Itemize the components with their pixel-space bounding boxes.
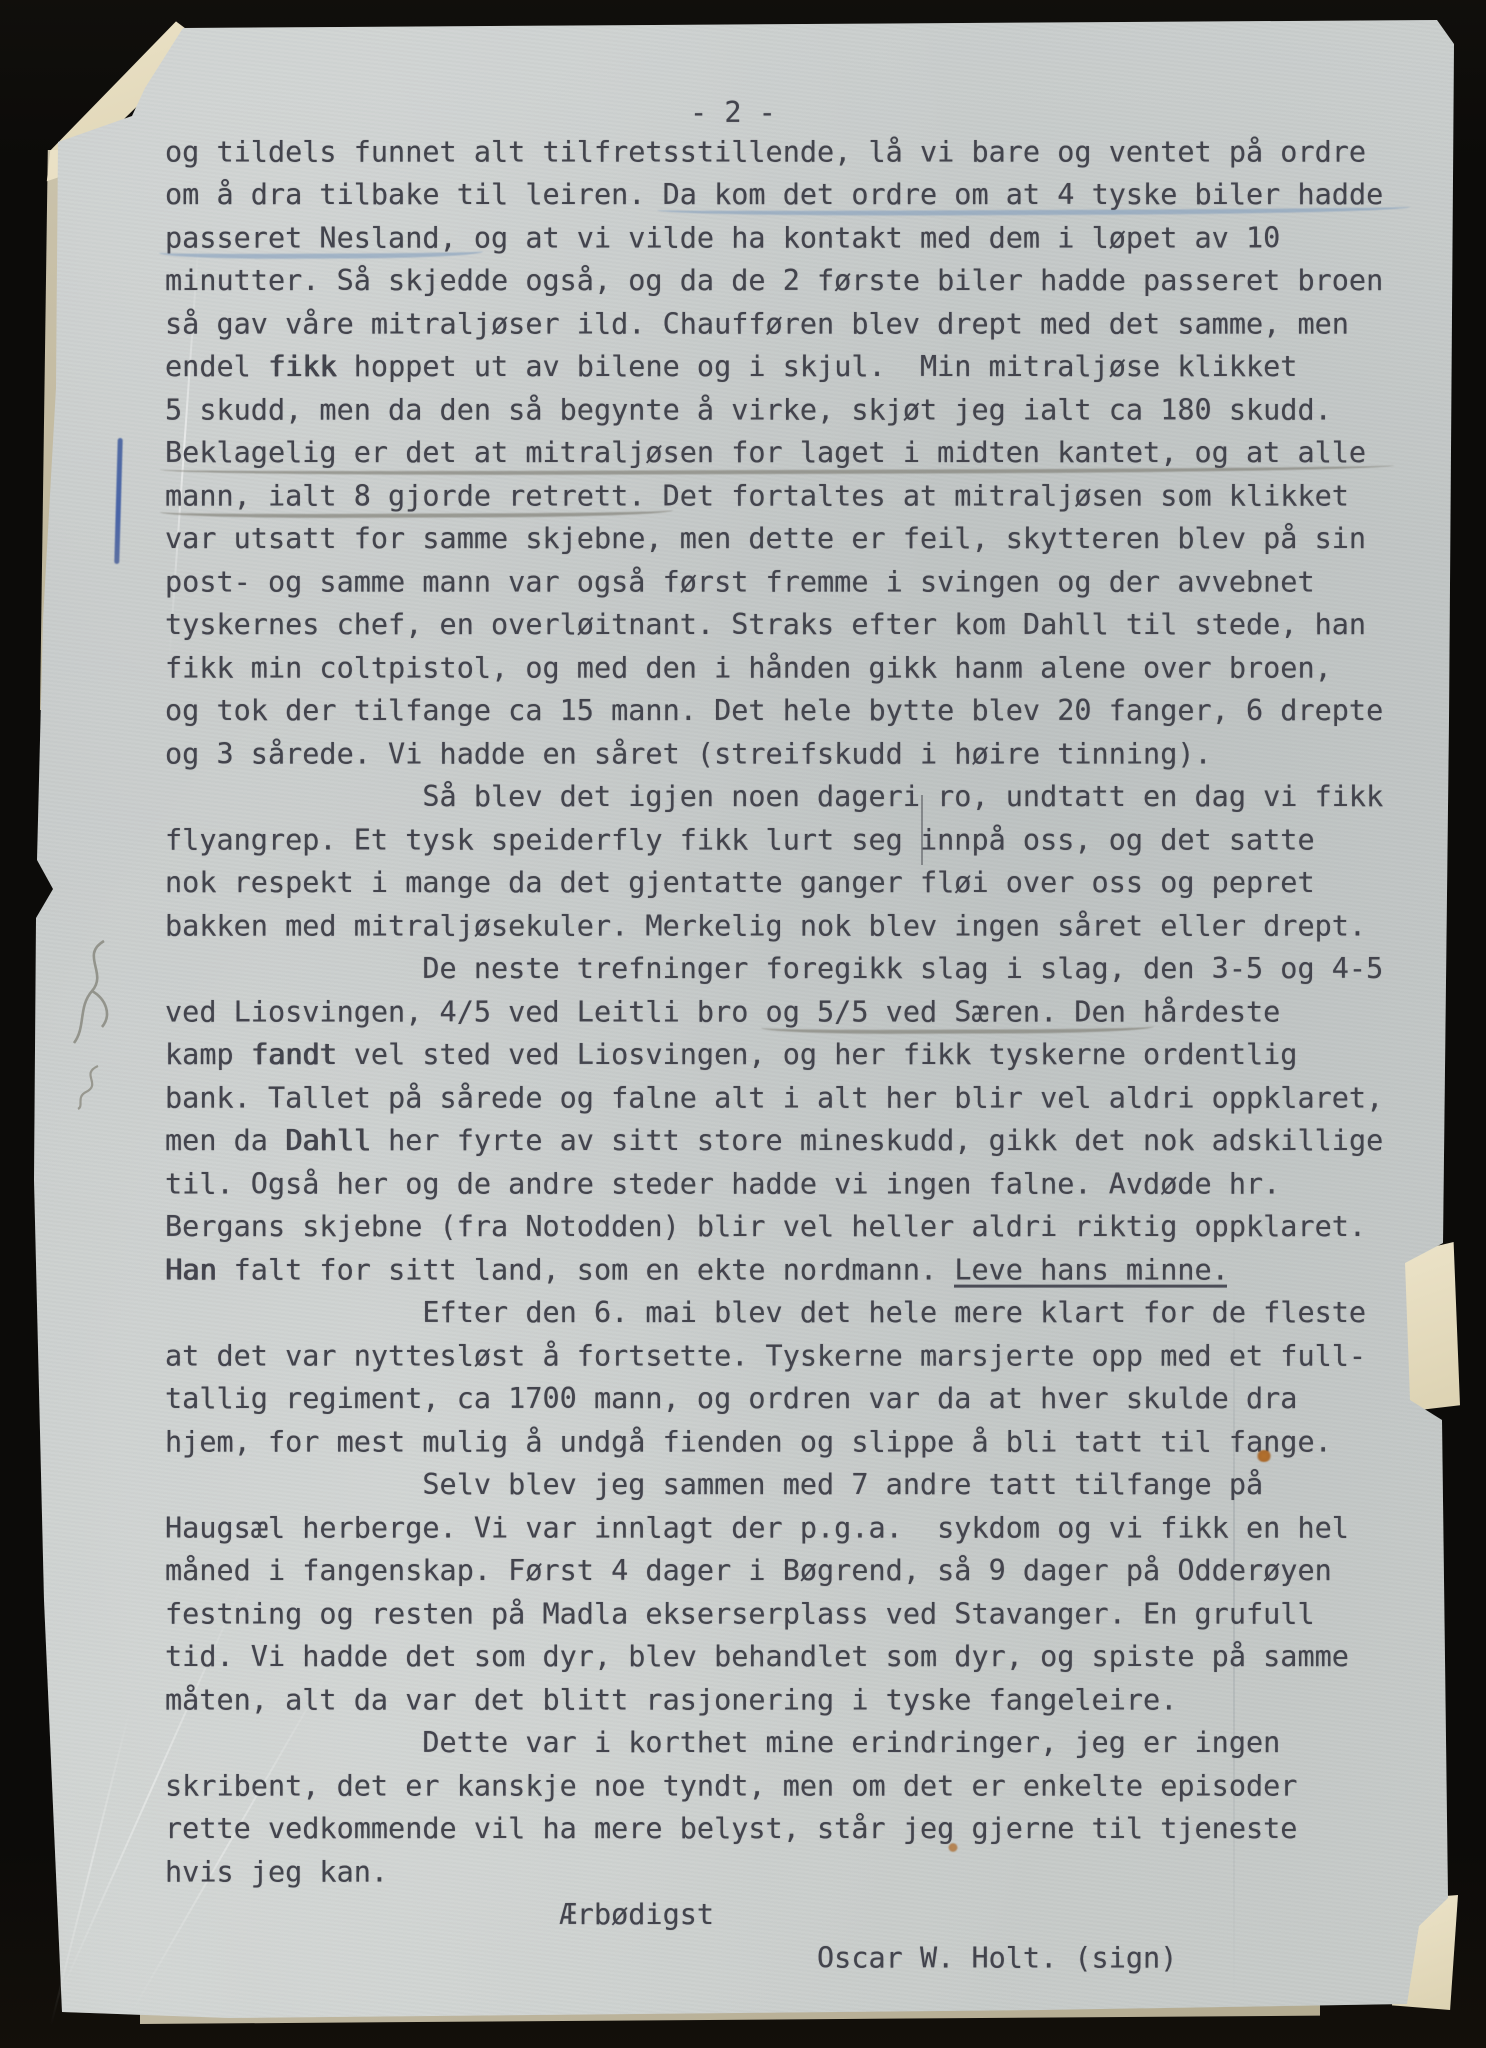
text-line: 5 skudd, men da den så begynte å virke, …: [165, 389, 1455, 432]
text-line: Dette var i korthet mine erindringer, je…: [165, 1721, 1455, 1764]
text-line: Han falt for sitt land, som en ekte nord…: [165, 1249, 1455, 1292]
text-line: passeret Nesland, og at vi vilde ha kont…: [165, 217, 1455, 260]
text-line: nok respekt i mange da det gjentatte gan…: [165, 861, 1455, 904]
text-line: festning og resten på Madla ekserserplas…: [165, 1593, 1455, 1636]
text-line: om å dra tilbake til leiren. Da kom det …: [165, 173, 1455, 216]
rust-stain: [1256, 1450, 1272, 1462]
bold-text: fikk: [268, 345, 337, 388]
text-line: tallig regiment, ca 1700 mann, og ordren…: [165, 1377, 1455, 1420]
text-line: bank. Tallet på sårede og falne alt i al…: [165, 1077, 1455, 1120]
text-line: mann, ialt 8 gjorde retrett. Det fortalt…: [165, 475, 1455, 518]
text-line: og 3 sårede. Vi hadde en såret (streifsk…: [165, 733, 1455, 776]
text-line: tyskernes chef, en overløitnant. Straks …: [165, 603, 1455, 646]
text-line: De neste trefninger foregikk slag i slag…: [165, 947, 1455, 990]
typed-underline-text: Leve hans minne.: [954, 1249, 1229, 1292]
text-line: til. Også her og de andre steder hadde v…: [165, 1163, 1455, 1206]
rust-stain-small: [948, 1843, 958, 1852]
text-line: var utsatt for samme skjebne, men dette …: [165, 517, 1455, 560]
bold-text: Dahll: [285, 1119, 371, 1162]
text-line: tid. Vi hadde det som dyr, blev behandle…: [165, 1635, 1455, 1678]
text-line: kamp fandt vel sted ved Liosvingen, og h…: [165, 1033, 1455, 1076]
text-line: så gav våre mitraljøser ild. Chaufføren …: [165, 303, 1455, 346]
text-line: Bergans skjebne (fra Notodden) blir vel …: [165, 1205, 1455, 1248]
text-line: måned i fangenskap. Først 4 dager i Bøgr…: [165, 1549, 1455, 1592]
text-line: flyangrep. Et tysk speiderfly fikk lurt …: [165, 819, 1455, 862]
pencil-squiggle-mark-small: [72, 1062, 112, 1112]
text-line: minutter. Så skjedde også, og da de 2 fø…: [165, 259, 1455, 302]
text-line: hvis jeg kan.: [165, 1851, 1455, 1894]
text-line: og tildels funnet alt tilfretsstillende,…: [165, 131, 1455, 174]
text-line: skribent, det er kanskje noe tyndt, men …: [165, 1765, 1455, 1808]
text-line: Beklagelig er det at mitraljøsen for lag…: [165, 431, 1455, 474]
pencil-underline-text: mann, ialt 8 gjorde retrett.: [165, 475, 645, 518]
text-line: Ærbødigst: [165, 1893, 1455, 1936]
pencil-underline-text: og 5/5 ved Særen. Den: [766, 991, 1126, 1034]
text-line: og tok der tilfange ca 15 mann. Det hele…: [165, 689, 1455, 732]
text-line: måten, alt da var det blitt rasjonering …: [165, 1679, 1455, 1722]
text-line: Så blev det igjen noen dageri ro, undtat…: [165, 775, 1455, 818]
blue-underline-text: Da kom det ordre om at 4 tyske biler had…: [663, 173, 1384, 216]
bold-text: fandt: [251, 1033, 337, 1076]
bold-text: Han: [165, 1249, 216, 1292]
text-line: Haugsæl herberge. Vi var innlagt der p.g…: [165, 1507, 1455, 1550]
text-line: fikk min coltpistol, og med den i hånden…: [165, 647, 1455, 690]
page-number: - 2 -: [690, 96, 776, 129]
text-line: post- og samme mann var også først fremm…: [165, 561, 1455, 604]
text-line: rette vedkommende vil ha mere belyst, st…: [165, 1807, 1455, 1850]
text-line: endel fikk hoppet ut av bilene og i skju…: [165, 345, 1455, 388]
text-line: Selv blev jeg sammen med 7 andre tatt ti…: [165, 1463, 1455, 1506]
text-line: ved Liosvingen, 4/5 ved Leitli bro og 5/…: [165, 991, 1455, 1034]
pencil-squiggle-mark: [62, 935, 122, 1050]
blue-underline-text: passeret Nesland,: [165, 217, 457, 260]
pencil-underline-text: Beklagelig er det at mitraljøsen for lag…: [165, 431, 1366, 474]
text-line: Oscar W. Holt. (sign): [165, 1937, 1455, 1980]
stray-pen-mark: [921, 795, 923, 865]
text-line: men da Dahll her fyrte av sitt store min…: [165, 1119, 1455, 1162]
text-line: bakken med mitraljøsekuler. Merkelig nok…: [165, 905, 1455, 948]
document-lines: og tildels funnet alt tilfretsstillende,…: [165, 130, 1455, 1979]
text-line: at det var nyttesløst å fortsette. Tyske…: [165, 1335, 1455, 1378]
text-line: Efter den 6. mai blev det hele mere klar…: [165, 1291, 1455, 1334]
